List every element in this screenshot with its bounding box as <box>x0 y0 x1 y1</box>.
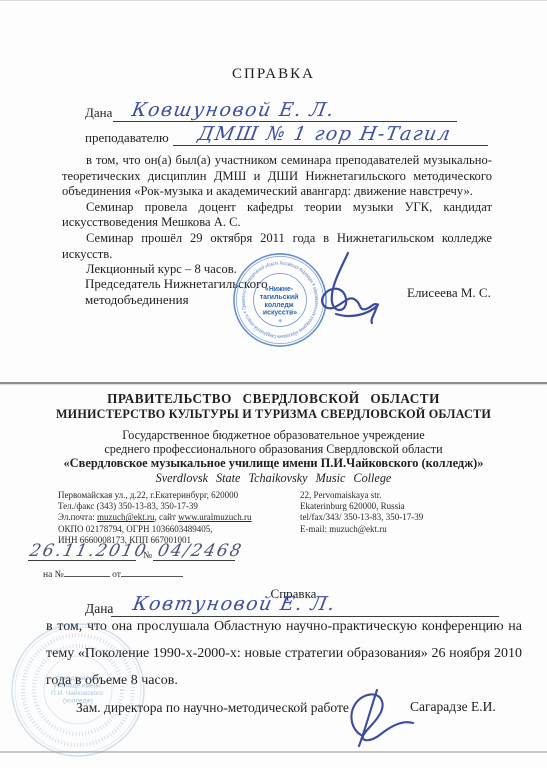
stamp2-center-line1: Свердловское <box>55 675 99 682</box>
signature-doc2 <box>335 686 417 750</box>
doc2-signer-name: Сагарадзе Е.И. <box>410 699 496 715</box>
doc2-given-handwriting: Ковтуновой Е. Л. <box>131 593 338 615</box>
doc2-reference-line: на № от <box>43 567 183 580</box>
address-ru-street: Первомайская ул., д.22, г.Екатеринбург, … <box>58 490 288 501</box>
doc1-title: СПРАВКА <box>0 66 547 83</box>
scan-divider-line <box>0 382 547 384</box>
address-en-city: Ekaterinburg 620000, Russia <box>300 501 510 512</box>
email-address: muzuch@ekt.ru <box>97 512 155 522</box>
stamp2-center-line2: училище имени <box>53 683 101 690</box>
doc2-number-handwriting: 04/2468 <box>156 541 245 561</box>
address-en-email: E-mail: muzuch@ekt.ru <box>300 524 510 535</box>
doc1-teacher-label: преподавателю <box>85 130 169 146</box>
doc2-government-line: ПРАВИТЕЛЬСТВО СВЕРДЛОВСКОЙ ОБЛАСТИ <box>0 391 547 407</box>
address-ru-codes1: ОКПО 02178794, ОГРН 1036603489405, <box>58 524 288 535</box>
faint-round-seal-stamp: Свердловское училище имени П.И. Чайковск… <box>8 620 148 760</box>
doc1-paragraph-1: в том, что он(а) был(а) участником семин… <box>62 153 492 200</box>
stamp-mark: ✳ <box>278 319 282 325</box>
doc2-org-line1: Государственное бюджетное образовательно… <box>0 428 547 443</box>
scan-edge-top <box>0 0 547 1</box>
signature-doc1 <box>288 248 380 326</box>
website-address: www.uralmuzuch.ru <box>178 512 251 522</box>
stamp2-center-line4: (колледж) <box>63 698 93 705</box>
doc1-given-label: Дана <box>85 105 112 121</box>
address-en-phone: tel/fax/343/ 350-13-83, 350-17-39 <box>300 512 510 523</box>
doc1-paragraph-2: Семинар провела доцент кафедры теории му… <box>62 200 492 231</box>
doc1-given-handwriting: Ковшуновой Е. Л. <box>130 99 337 121</box>
doc2-org-name-english: Sverdlovsk State Tchaikovsky Music Colle… <box>0 471 547 486</box>
email-prefix: Эл.почта: <box>58 512 97 522</box>
svg-text:Свердловское училище име: Свердловское училище имени П.И. Чайковск… <box>51 675 105 705</box>
doc2-ministry-line: МИНИСТЕРСТВО КУЛЬТУРЫ И ТУРИЗМА СВЕРДЛОВ… <box>0 407 547 422</box>
address-en-street: 22, Pervomaiskaya str. <box>300 490 510 501</box>
fill-in-line <box>173 145 488 146</box>
address-ru-phone: Тел./факс (343) 350-13-83, 350-17-39 <box>58 501 288 512</box>
doc2-address-russian: Первомайская ул., д.22, г.Екатеринбург, … <box>58 490 288 546</box>
doc1-teacher-handwriting: ДМШ № 1 гор Н-Тагил <box>196 123 453 145</box>
doc2-org-line2: среднего профессионального образования С… <box>0 442 547 457</box>
stamp2-center-line3: П.И. Чайковского <box>51 689 103 697</box>
ref-label-ot: от <box>112 570 121 580</box>
doc2-address-english: 22, Pervomaiskaya str. Ekaterinburg 6200… <box>300 490 510 535</box>
doc1-signer-name: Елисеева М. С. <box>407 285 491 301</box>
fill-in-line <box>121 567 183 577</box>
fill-in-line <box>113 121 457 122</box>
doc2-org-name: «Свердловское музыкальное училище имени … <box>0 456 547 471</box>
doc2-date-handwriting: 26.11.2010 <box>28 541 150 561</box>
fill-in-line <box>64 567 110 577</box>
scanned-certificate-page: СПРАВКА Дана Ковшуновой Е. Л. преподават… <box>0 0 547 768</box>
site-prefix: , сайт <box>155 512 179 522</box>
address-ru-email-line: Эл.почта: muzuch@ekt.ru, сайт www.uralmu… <box>58 512 288 523</box>
ref-label-na: на № <box>43 570 64 580</box>
